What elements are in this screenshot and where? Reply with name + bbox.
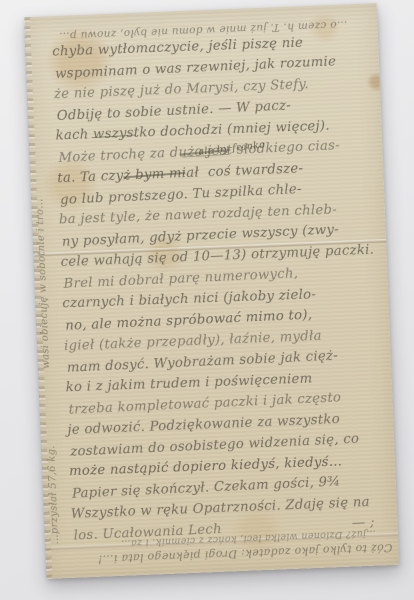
letter-paper: …o czem h. T. już mnie w domu nie było, … (25, 3, 399, 579)
left-margin-note-lower: …przysłał 57,6 kg. (44, 394, 61, 544)
letter-body: chyba wytłomaczycie, jeśli piszę niewspo… (52, 29, 394, 548)
photo-background: …o czem h. T. już mnie w domu nie było, … (0, 0, 414, 600)
left-margin-note-upper: wasi obiecuję w sobotnie i tro… (34, 201, 52, 369)
